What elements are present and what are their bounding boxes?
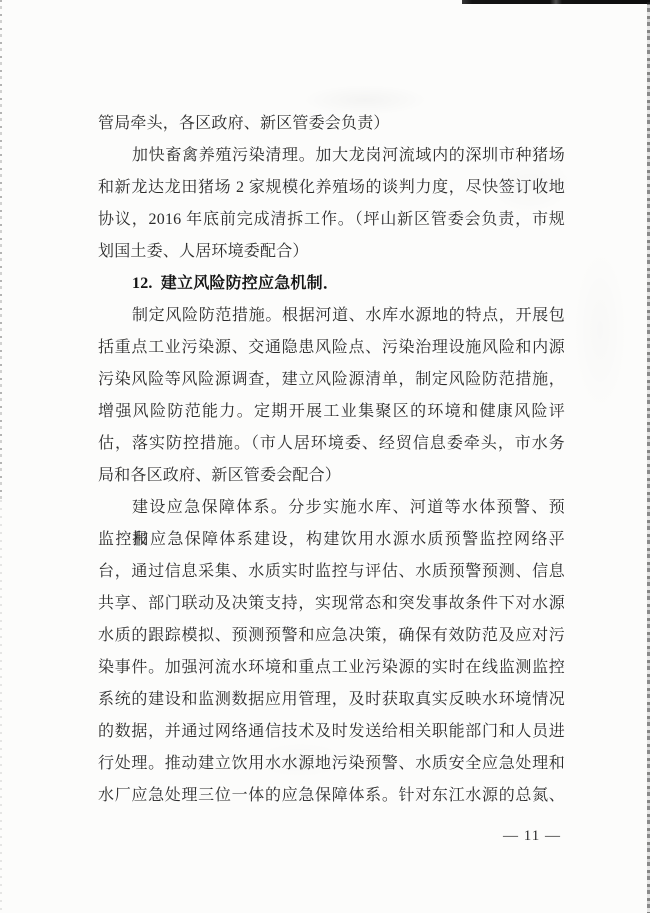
text-line: 和新龙达龙田猪场 2 家规模化养殖场的谈判力度，尽快签订收地	[98, 172, 565, 204]
text-line: 系统的建设和监测数据应用管理，及时获取真实反映水环境情况	[98, 684, 565, 716]
text-line: 制定风险防范措施。根据河道、水库水源地的特点，开展包	[98, 300, 565, 332]
scan-artifact-top-bar	[462, 0, 650, 4]
text-line: 估，落实防控措施。（市人居环境委、经贸信息委牵头，市水务	[98, 428, 565, 460]
text-line: 12. 建立风险防控应急机制．	[98, 268, 565, 300]
text-line: 共享、部门联动及决策支持，实现常态和突发事故条件下对水源	[98, 588, 565, 620]
text-line: 污染风险等风险源调查，建立风险源清单，制定风险防范措施，	[98, 364, 565, 396]
text-block: 管局牵头，各区政府、新区管委会负责）加快畜禽养殖污染清理。加大龙岗河流域内的深圳…	[98, 108, 565, 812]
text-line: 划国土委、人居环境委配合）	[98, 236, 565, 268]
text-line: 台，通过信息采集、水质实时监控与评估、水质预警预测、信息	[98, 556, 565, 588]
text-line: 建设应急保障体系。分步实施水库、河道等水体预警、预报、	[98, 492, 565, 524]
text-line: 局和各区政府、新区管委会配合）	[98, 460, 565, 492]
text-line: 增强风险防范能力。定期开展工业集聚区的环境和健康风险评	[98, 396, 565, 428]
text-line: 的数据，并通过网络通信技术及时发送给相关职能部门和人员进	[98, 716, 565, 748]
scan-artifact-left-edge	[0, 0, 2, 500]
scan-artifact-left-edge-lower	[0, 500, 2, 913]
text-line: 水厂应急处理三位一体的应急保障体系。针对东江水源的总氮、	[98, 780, 565, 812]
text-line: 协议，2016 年底前完成清拆工作。（坪山新区管委会负责，市规	[98, 204, 565, 236]
text-line: 加快畜禽养殖污染清理。加大龙岗河流域内的深圳市种猪场	[98, 140, 565, 172]
document-page: 管局牵头，各区政府、新区管委会负责）加快畜禽养殖污染清理。加大龙岗河流域内的深圳…	[0, 0, 650, 913]
text-line: 括重点工业污染源、交通隐患风险点、污染治理设施风险和内源	[98, 332, 565, 364]
text-line: 管局牵头，各区政府、新区管委会负责）	[98, 108, 565, 140]
text-line: 行处理。推动建立饮用水水源地污染预警、水质安全应急处理和	[98, 748, 565, 780]
text-line: 水质的跟踪模拟、预测预警和应急决策，确保有效防范及应对污	[98, 620, 565, 652]
page-number: — 11 —	[496, 828, 568, 845]
text-line: 监控和应急保障体系建设，构建饮用水源水质预警监控网络平	[98, 524, 565, 556]
text-line: 染事件。加强河流水环境和重点工业污染源的实时在线监测监控	[98, 652, 565, 684]
